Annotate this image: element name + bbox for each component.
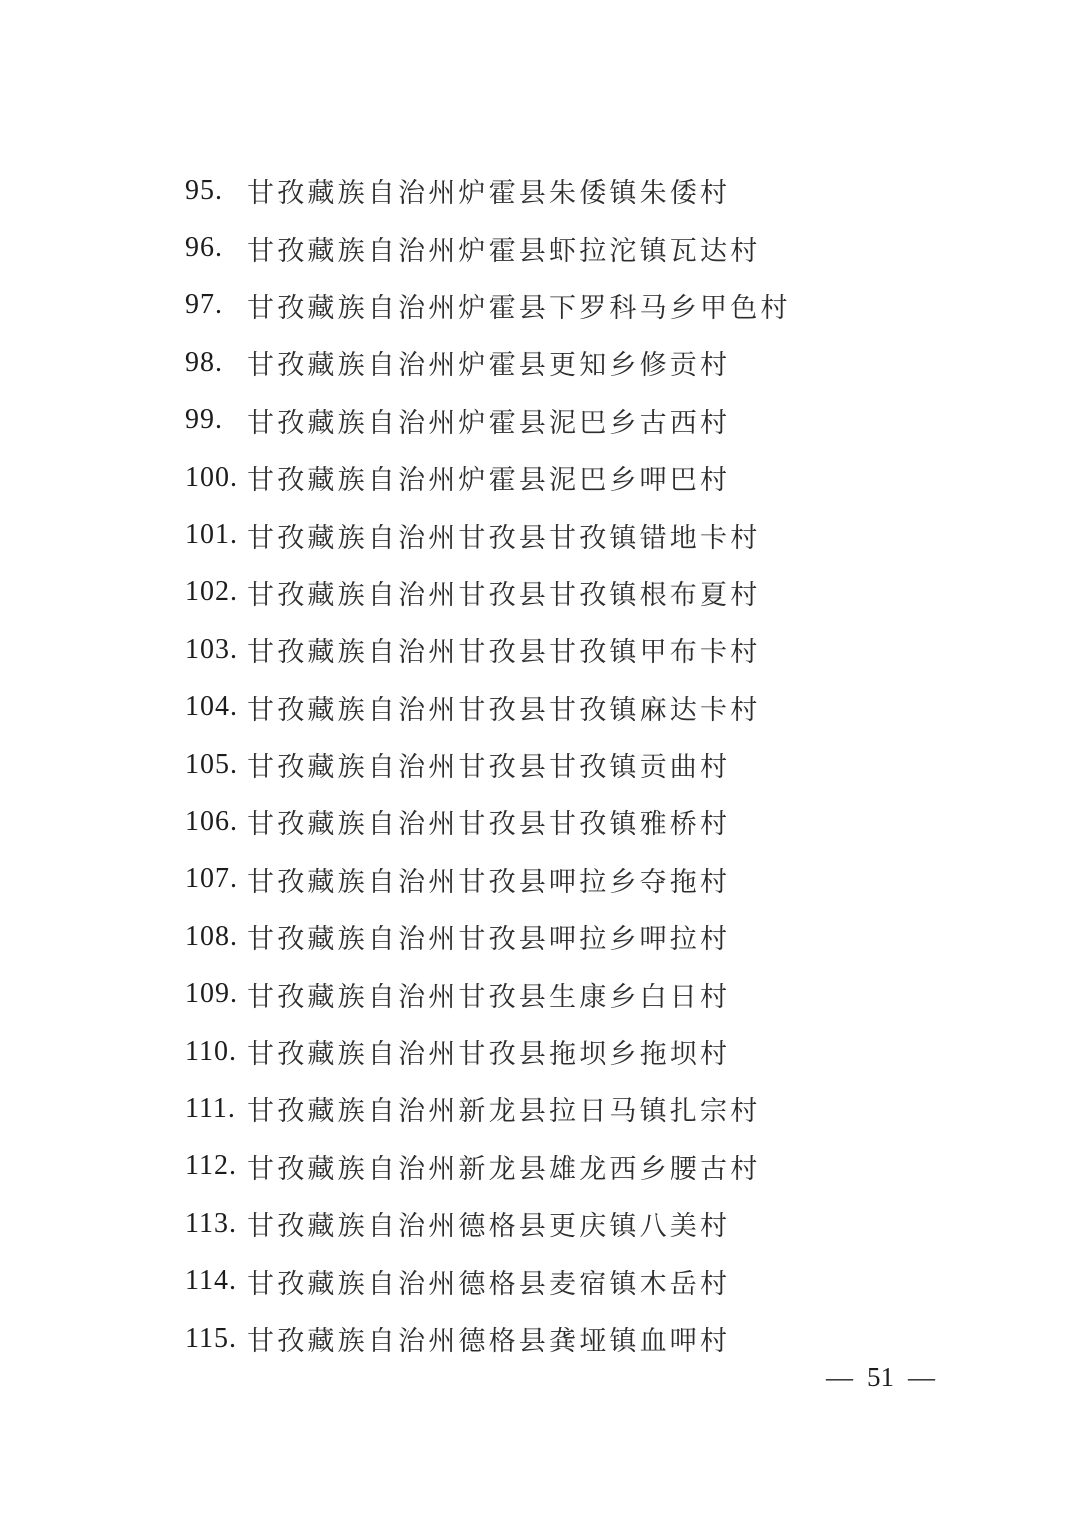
list-item: 100.甘孜藏族自治州炉霍县泥巴乡呷巴村	[185, 449, 905, 506]
item-number: 102.	[185, 576, 247, 608]
item-village-name: 甘孜藏族自治州炉霍县泥巴乡古西村	[247, 401, 730, 440]
item-number: 110.	[185, 1036, 247, 1068]
item-number: 113.	[185, 1208, 247, 1240]
list-item: 98.甘孜藏族自治州炉霍县更知乡修贡村	[185, 334, 905, 391]
item-number: 103.	[185, 634, 247, 666]
footer-right-dash: —	[908, 1362, 935, 1393]
item-number: 108.	[185, 921, 247, 953]
document-page: 95.甘孜藏族自治州炉霍县朱倭镇朱倭村96.甘孜藏族自治州炉霍县虾拉沱镇瓦达村9…	[0, 0, 1080, 1527]
list-item: 114.甘孜藏族自治州德格县麦宿镇木岳村	[185, 1252, 905, 1309]
list-item: 109.甘孜藏族自治州甘孜县生康乡白日村	[185, 965, 905, 1022]
item-village-name: 甘孜藏族自治州新龙县雄龙西乡腰古村	[247, 1147, 760, 1186]
item-number: 107.	[185, 863, 247, 895]
item-number: 106.	[185, 806, 247, 838]
village-list: 95.甘孜藏族自治州炉霍县朱倭镇朱倭村96.甘孜藏族自治州炉霍县虾拉沱镇瓦达村9…	[185, 162, 905, 1367]
page-footer: — 51 —	[826, 1362, 935, 1393]
item-village-name: 甘孜藏族自治州炉霍县虾拉沱镇瓦达村	[247, 229, 760, 268]
page-number: 51	[867, 1362, 894, 1393]
item-number: 115.	[185, 1323, 247, 1355]
list-item: 108.甘孜藏族自治州甘孜县呷拉乡呷拉村	[185, 908, 905, 965]
list-item: 110.甘孜藏族自治州甘孜县拖坝乡拖坝村	[185, 1023, 905, 1080]
list-item: 106.甘孜藏族自治州甘孜县甘孜镇雅桥村	[185, 793, 905, 850]
list-item: 102.甘孜藏族自治州甘孜县甘孜镇根布夏村	[185, 564, 905, 621]
footer-left-dash: —	[826, 1362, 853, 1393]
item-number: 98.	[185, 347, 247, 379]
item-number: 97.	[185, 289, 247, 321]
item-number: 109.	[185, 978, 247, 1010]
item-number: 114.	[185, 1265, 247, 1297]
item-number: 105.	[185, 749, 247, 781]
list-item: 112.甘孜藏族自治州新龙县雄龙西乡腰古村	[185, 1138, 905, 1195]
item-village-name: 甘孜藏族自治州炉霍县朱倭镇朱倭村	[247, 171, 730, 210]
list-item: 99.甘孜藏族自治州炉霍县泥巴乡古西村	[185, 392, 905, 449]
item-village-name: 甘孜藏族自治州甘孜县甘孜镇雅桥村	[247, 802, 730, 841]
item-village-name: 甘孜藏族自治州甘孜县呷拉乡呷拉村	[247, 917, 730, 956]
item-village-name: 甘孜藏族自治州甘孜县拖坝乡拖坝村	[247, 1032, 730, 1071]
item-number: 104.	[185, 691, 247, 723]
item-number: 100.	[185, 462, 247, 494]
list-item: 103.甘孜藏族自治州甘孜县甘孜镇甲布卡村	[185, 621, 905, 678]
item-village-name: 甘孜藏族自治州炉霍县更知乡修贡村	[247, 343, 730, 382]
item-number: 95.	[185, 175, 247, 207]
list-item: 113.甘孜藏族自治州德格县更庆镇八美村	[185, 1195, 905, 1252]
item-number: 101.	[185, 519, 247, 551]
item-village-name: 甘孜藏族自治州炉霍县泥巴乡呷巴村	[247, 458, 730, 497]
item-village-name: 甘孜藏族自治州甘孜县甘孜镇错地卡村	[247, 516, 760, 555]
item-village-name: 甘孜藏族自治州炉霍县下罗科马乡甲色村	[247, 286, 791, 325]
item-village-name: 甘孜藏族自治州德格县麦宿镇木岳村	[247, 1262, 730, 1301]
item-village-name: 甘孜藏族自治州德格县龚垭镇血呷村	[247, 1319, 730, 1358]
list-item: 105.甘孜藏族自治州甘孜县甘孜镇贡曲村	[185, 736, 905, 793]
list-item: 95.甘孜藏族自治州炉霍县朱倭镇朱倭村	[185, 162, 905, 219]
list-item: 115.甘孜藏族自治州德格县龚垭镇血呷村	[185, 1310, 905, 1367]
item-village-name: 甘孜藏族自治州甘孜县生康乡白日村	[247, 975, 730, 1014]
item-number: 99.	[185, 404, 247, 436]
list-item: 104.甘孜藏族自治州甘孜县甘孜镇麻达卡村	[185, 679, 905, 736]
list-item: 111.甘孜藏族自治州新龙县拉日马镇扎宗村	[185, 1080, 905, 1137]
item-village-name: 甘孜藏族自治州甘孜县甘孜镇根布夏村	[247, 573, 760, 612]
item-number: 96.	[185, 232, 247, 264]
item-village-name: 甘孜藏族自治州甘孜县呷拉乡夺拖村	[247, 860, 730, 899]
list-item: 101.甘孜藏族自治州甘孜县甘孜镇错地卡村	[185, 506, 905, 563]
item-number: 111.	[185, 1093, 247, 1125]
item-village-name: 甘孜藏族自治州甘孜县甘孜镇贡曲村	[247, 745, 730, 784]
item-village-name: 甘孜藏族自治州甘孜县甘孜镇麻达卡村	[247, 688, 760, 727]
item-village-name: 甘孜藏族自治州甘孜县甘孜镇甲布卡村	[247, 630, 760, 669]
list-item: 97.甘孜藏族自治州炉霍县下罗科马乡甲色村	[185, 277, 905, 334]
item-village-name: 甘孜藏族自治州德格县更庆镇八美村	[247, 1204, 730, 1243]
item-village-name: 甘孜藏族自治州新龙县拉日马镇扎宗村	[247, 1089, 760, 1128]
list-item: 107.甘孜藏族自治州甘孜县呷拉乡夺拖村	[185, 851, 905, 908]
item-number: 112.	[185, 1150, 247, 1182]
list-item: 96.甘孜藏族自治州炉霍县虾拉沱镇瓦达村	[185, 219, 905, 276]
